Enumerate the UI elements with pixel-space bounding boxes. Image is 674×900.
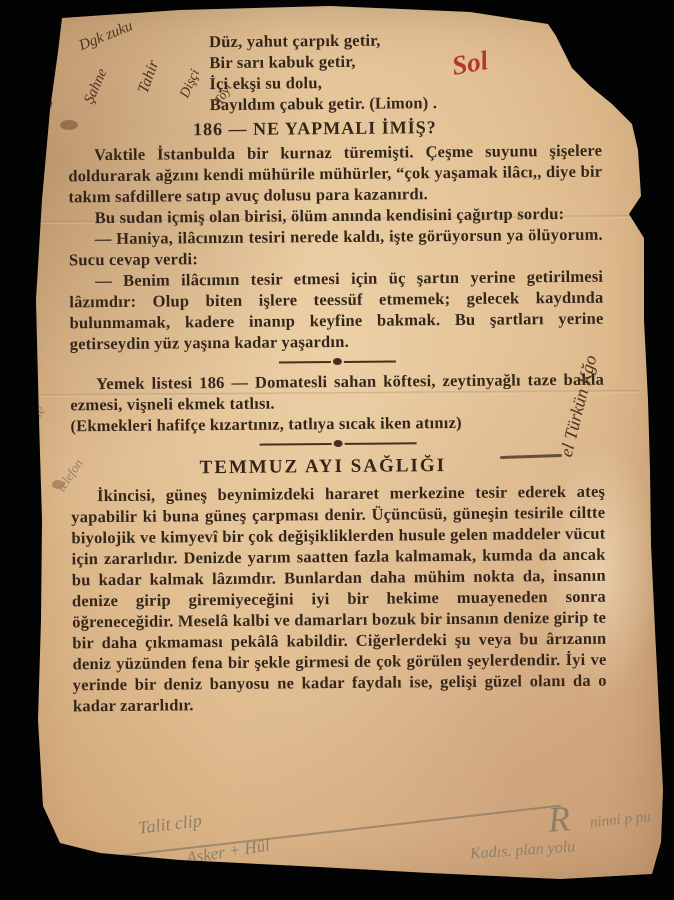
divider-rule (278, 361, 330, 363)
poem-line: Bayıldım çabuk getir. (Limon) . (210, 91, 602, 115)
riddle-heading: 186 — NE YAPMALI İMİŞ? (68, 114, 562, 142)
left-margin-note: Nu, Şgdo (18, 718, 43, 771)
divider-ornament (71, 434, 605, 454)
photo-background: Düz, yahut çarpık getir, Bir sarı kabuk … (0, 0, 674, 900)
divider-rule (344, 442, 416, 445)
story-paragraph: — Haniya, ilâcınızın tesiri nerede kaldı… (69, 224, 603, 271)
riddle-poem: Düz, yahut çarpık getir, Bir sarı kabuk … (209, 28, 602, 115)
bottom-pencil-note: ninni p pu (589, 809, 651, 832)
divider-rule (259, 443, 331, 446)
bottom-pencil-note: Talit clip (137, 810, 203, 839)
printed-text-column: Düz, yahut çarpık getir, Bir sarı kabuk … (67, 28, 607, 717)
health-paragraph: İkincisi, güneş beynimizdeki hararet mer… (71, 481, 607, 717)
red-ink-note: Sol (450, 45, 491, 82)
divider-rule (343, 360, 395, 362)
menu-note: (Ekmekleri hafifçe kızartınız, tatlıya s… (70, 411, 604, 437)
left-margin-note: K. Birade (7, 404, 49, 459)
story-paragraph: — Benim ilâcımın tesir etmesi için üç şa… (69, 266, 604, 355)
divider-knot (332, 358, 341, 365)
divider-knot (333, 440, 342, 447)
menu-paragraph: Yemek listesi 186 — Domatesli sahan köft… (70, 369, 604, 416)
story-paragraph: Vaktile İstanbulda bir kurnaz türemişti.… (68, 140, 603, 208)
handwritten-name: yo 6. B (25, 97, 58, 139)
paper-page: Düz, yahut çarpık getir, Bir sarı kabuk … (0, 0, 674, 900)
bottom-pencil-note: Kadıs. plan yolu (470, 838, 576, 863)
